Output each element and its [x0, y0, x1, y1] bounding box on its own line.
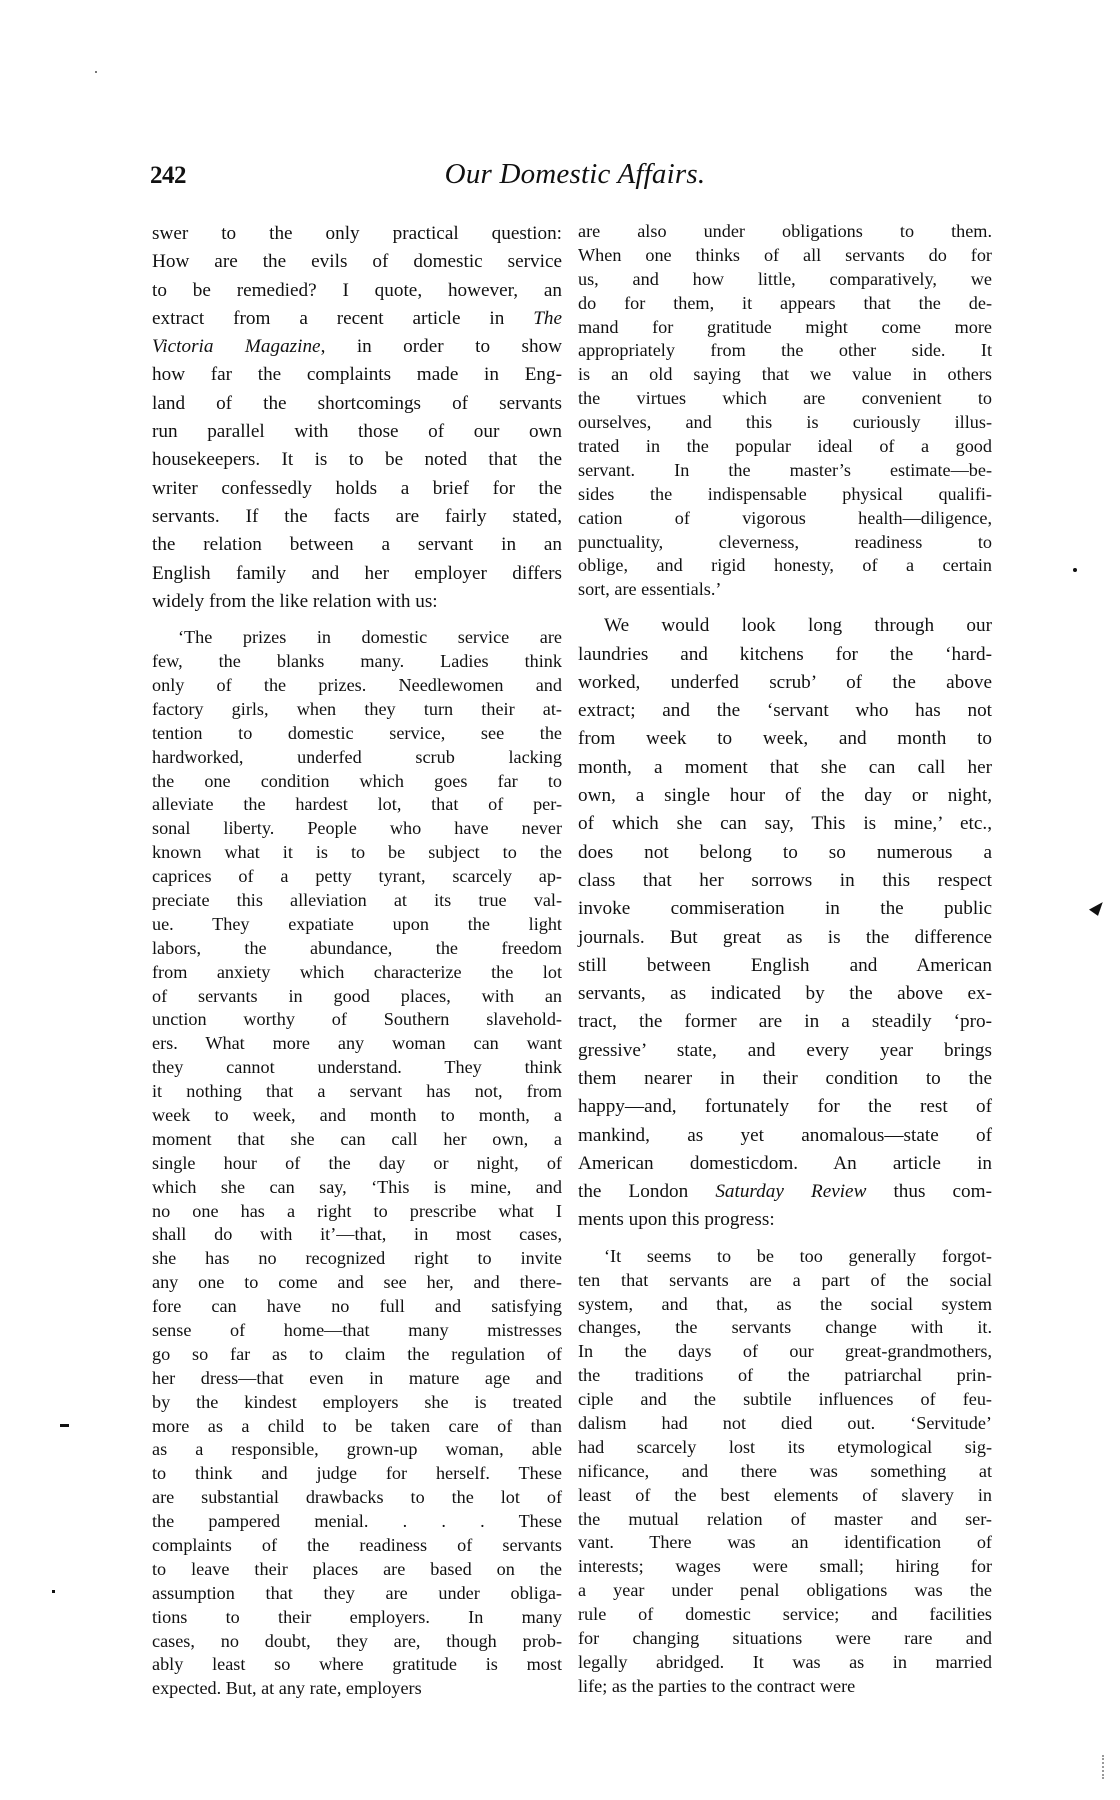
text-line: ‘It seems to be too generally forgot-: [578, 1245, 992, 1269]
text-line: single hour of the day or night, of: [152, 1152, 562, 1176]
text-line: gressive’ state, and every year brings: [578, 1037, 992, 1065]
text-line: system, and that, as the social system: [578, 1293, 992, 1317]
text-line: Victoria Magazine, in order to show: [152, 333, 562, 361]
text-line: does not belong to so numerous a: [578, 839, 992, 867]
text-line: labors, the abundance, the freedom: [152, 937, 562, 961]
text-line: caprices of a petty tyrant, scarcely ap-: [152, 865, 562, 889]
text-line: they cannot understand. They think: [152, 1056, 562, 1080]
text-line: fore can have no full and satisfying: [152, 1295, 562, 1319]
text-line: from anxiety which characterize the lot: [152, 961, 562, 985]
text-line: land of the shortcomings of servants: [152, 390, 562, 418]
text-line: invoke commiseration in the public: [578, 895, 992, 923]
text-line: preciate this alleviation at its true va…: [152, 889, 562, 913]
text-line: appropriately from the other side. It: [578, 339, 992, 363]
text-line: run parallel with those of our own: [152, 418, 562, 446]
text-line: had scarcely lost its etymological sig-: [578, 1436, 992, 1460]
text-line: ciple and the subtile influences of feu-: [578, 1388, 992, 1412]
running-head: 242 Our Domestic Affairs.: [150, 158, 1000, 198]
scan-speck: [95, 71, 97, 73]
text-line: ‘The prizes in domestic service are: [152, 626, 562, 650]
scanned-page: 242 Our Domestic Affairs. swer to the on…: [0, 0, 1120, 1800]
margin-dash-mark: [60, 1424, 69, 1427]
text-line: rule of domestic service; and facilities: [578, 1603, 992, 1627]
text-line: worked, underfed scrub’ of the above: [578, 669, 992, 697]
text-line: sense of home—that many mistresses: [152, 1319, 562, 1343]
text-line: writer confessedly holds a brief for the: [152, 475, 562, 503]
right-column: are also under obligations to them.When …: [578, 220, 992, 1699]
text-line: English family and her employer differs: [152, 560, 562, 588]
left-column: swer to the only practical question:How …: [152, 220, 562, 1701]
text-line: she has no recognized right to invite: [152, 1247, 562, 1271]
page-edge-mark: [1102, 1755, 1106, 1779]
text-line: vant. There was an identification of: [578, 1531, 992, 1555]
text-line: factory girls, when they turn their at-: [152, 698, 562, 722]
text-line: the traditions of the patriarchal prin-: [578, 1364, 992, 1388]
text-line: do for them, it appears that the de-: [578, 292, 992, 316]
text-line: how far the complaints made in Eng-: [152, 361, 562, 389]
text-line: cation of vigorous health—diligence,: [578, 507, 992, 531]
text-line: journals. But great as is the difference: [578, 924, 992, 952]
paragraph-intro: swer to the only practical question:How …: [152, 220, 562, 616]
text-line: the pampered menial. . . . These: [152, 1510, 562, 1534]
text-line: laundries and kitchens for the ‘hard-: [578, 641, 992, 669]
text-line: is an old saying that we value in others: [578, 363, 992, 387]
text-line: trated in the popular ideal of a good: [578, 435, 992, 459]
text-line: the one condition which goes far to: [152, 770, 562, 794]
text-line: cases, no doubt, they are, though prob-: [152, 1630, 562, 1654]
text-line: known what it is to be subject to the: [152, 841, 562, 865]
text-line: dalism had not died out. ‘Servitude’: [578, 1412, 992, 1436]
margin-mark-icon: [1089, 898, 1106, 916]
text-line: servant. In the master’s estimate—be-: [578, 459, 992, 483]
text-line: nificance, and there was something at: [578, 1460, 992, 1484]
text-line: assumption that they are under obliga-: [152, 1582, 562, 1606]
text-line: a year under penal obligations was the: [578, 1579, 992, 1603]
text-line: hardworked, underfed scrub lacking: [152, 746, 562, 770]
text-line: week to week, and month to month, a: [152, 1104, 562, 1128]
text-line: In the days of our great-grandmothers,: [578, 1340, 992, 1364]
text-line: which she can say, ‘This is mine, and: [152, 1176, 562, 1200]
text-line: tions to their employers. In many: [152, 1606, 562, 1630]
text-line: by the kindest employers she is treated: [152, 1391, 562, 1415]
text-line: swer to the only practical question:: [152, 220, 562, 248]
text-line: mankind, as yet anomalous—state of: [578, 1122, 992, 1150]
text-line: it nothing that a servant has not, from: [152, 1080, 562, 1104]
text-line: alleviate the hardest lot, that of per-: [152, 793, 562, 817]
text-line: of servants in good places, with an: [152, 985, 562, 1009]
text-line: sort, are essentials.’: [578, 578, 992, 602]
text-line: own, a single hour of the day or night,: [578, 782, 992, 810]
text-line: more as a child to be taken care of than: [152, 1415, 562, 1439]
text-line: moment that she can call her own, a: [152, 1128, 562, 1152]
text-line: sides the indispensable physical qualifi…: [578, 483, 992, 507]
text-line: any one to come and see her, and there-: [152, 1271, 562, 1295]
text-line: as a responsible, grown-up woman, able: [152, 1438, 562, 1462]
text-line: still between English and American: [578, 952, 992, 980]
text-line: tention to domestic service, see the: [152, 722, 562, 746]
text-line: for changing situations were rare and: [578, 1627, 992, 1651]
text-line: month, a moment that she can call her: [578, 754, 992, 782]
text-line: the relation between a servant in an: [152, 531, 562, 559]
text-line: housekeepers. It is to be noted that the: [152, 446, 562, 474]
text-line: unction worthy of Southern slavehold-: [152, 1008, 562, 1032]
text-line: oblige, and rigid honesty, of a certain: [578, 554, 992, 578]
text-line: How are the evils of domestic service: [152, 248, 562, 276]
text-line: ourselves, and this is curiously illus-: [578, 411, 992, 435]
text-line: them nearer in their condition to the: [578, 1065, 992, 1093]
text-line: of which she can say, This is mine,’ etc…: [578, 810, 992, 838]
text-line: the London Saturday Review thus com-: [578, 1178, 992, 1206]
text-line: mand for gratitude might come more: [578, 316, 992, 340]
text-line: widely from the like relation with us:: [152, 588, 562, 616]
text-line: complaints of the readiness of servants: [152, 1534, 562, 1558]
text-line: changes, the servants change with it.: [578, 1316, 992, 1340]
text-line: ably least so where gratitude is most: [152, 1653, 562, 1677]
text-line: tract, the former are in a steadily ‘pro…: [578, 1008, 992, 1036]
text-line: from week to week, and month to: [578, 725, 992, 753]
text-line: are substantial drawbacks to the lot of: [152, 1486, 562, 1510]
text-line: her dress—that even in mature age and: [152, 1367, 562, 1391]
text-line: the virtues which are convenient to: [578, 387, 992, 411]
text-line: to think and judge for herself. These: [152, 1462, 562, 1486]
text-line: go so far as to claim the regulation of: [152, 1343, 562, 1367]
scan-speck: [1073, 568, 1077, 572]
text-line: American domesticdom. An article in: [578, 1150, 992, 1178]
text-line: the mutual relation of master and ser-: [578, 1508, 992, 1532]
text-line: to leave their places are based on the: [152, 1558, 562, 1582]
quote-saturday-review: ‘It seems to be too generally forgot-ten…: [578, 1245, 992, 1699]
running-title: Our Domestic Affairs.: [150, 158, 1000, 191]
text-line: We would look long through our: [578, 612, 992, 640]
text-line: to be remedied? I quote, however, an: [152, 277, 562, 305]
text-line: ten that servants are a part of the soci…: [578, 1269, 992, 1293]
text-line: extract from a recent article in The: [152, 305, 562, 333]
text-line: us, and how little, comparatively, we: [578, 268, 992, 292]
text-line: no one has a right to prescribe what I: [152, 1200, 562, 1224]
text-line: extract; and the ‘servant who has not: [578, 697, 992, 725]
text-line: happy—and, fortunately for the rest of: [578, 1093, 992, 1121]
text-line: expected. But, at any rate, employers: [152, 1677, 562, 1701]
text-line: life; as the parties to the contract wer…: [578, 1675, 992, 1699]
text-line: servants, as indicated by the above ex-: [578, 980, 992, 1008]
text-line: only of the prizes. Needlewomen and: [152, 674, 562, 698]
text-line: shall do with it’—that, in most cases,: [152, 1223, 562, 1247]
quote-victoria-magazine-continued: are also under obligations to them.When …: [578, 220, 992, 602]
text-line: ments upon this progress:: [578, 1206, 992, 1234]
quote-victoria-magazine: ‘The prizes in domestic service arefew, …: [152, 626, 562, 1701]
text-line: punctuality, cleverness, readiness to: [578, 531, 992, 555]
text-line: ers. What more any woman can want: [152, 1032, 562, 1056]
paragraph-commentary: We would look long through ourlaundries …: [578, 612, 992, 1235]
text-line: servants. If the facts are fairly stated…: [152, 503, 562, 531]
text-line: legally abridged. It was as in married: [578, 1651, 992, 1675]
text-line: class that her sorrows in this respect: [578, 867, 992, 895]
scan-speck: [52, 1590, 55, 1593]
text-line: are also under obligations to them.: [578, 220, 992, 244]
text-line: interests; wages were small; hiring for: [578, 1555, 992, 1579]
text-line: few, the blanks many. Ladies think: [152, 650, 562, 674]
text-line: ue. They expatiate upon the light: [152, 913, 562, 937]
text-line: sonal liberty. People who have never: [152, 817, 562, 841]
text-line: When one thinks of all servants do for: [578, 244, 992, 268]
text-line: least of the best elements of slavery in: [578, 1484, 992, 1508]
